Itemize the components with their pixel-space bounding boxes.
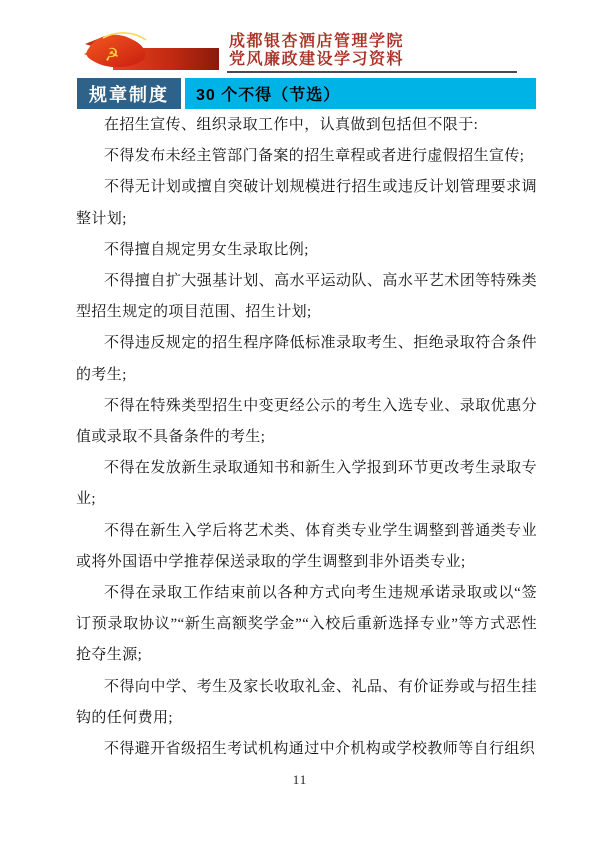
paragraph: 在招生宣传、组织录取工作中，认真做到包括但不限于: <box>76 110 537 141</box>
paragraph: 不得在特殊类型招生中变更经公示的考生入选专业、录取优惠分值或录取不具备条件的考生… <box>76 391 537 453</box>
header-titles: 成都银杏酒店管理学院 党风廉政建设学习资料 <box>229 33 404 69</box>
paragraph: 不得发布未经主管部门备案的招生章程或者进行虚假招生宣传; <box>76 141 537 172</box>
doc-title: 党风廉政建设学习资料 <box>229 51 404 69</box>
paragraph: 不得向中学、考生及家长收取礼金、礼品、有价证券或与招生挂钩的任何费用; <box>76 672 537 734</box>
document-body: 在招生宣传、组织录取工作中，认真做到包括但不限于: 不得发布未经主管部门备案的招… <box>76 110 537 765</box>
section-title: 30 个不得（节选） <box>196 82 340 105</box>
section-title-bar: 30 个不得（节选） <box>185 78 536 109</box>
paragraph: 不得在新生入学后将艺术类、体育类专业学生调整到普通类专业或将外国语中学推荐保送录… <box>76 516 537 578</box>
paragraph: 不得避开省级招生考试机构通过中介机构或学校教师等自行组织 <box>76 734 537 765</box>
paragraph: 不得在发放新生录取通知书和新生入学报到环节更改考生录取专业; <box>76 453 537 515</box>
header-divider <box>227 71 517 73</box>
party-flag-logo: ☭ <box>83 30 219 71</box>
section-label: 规章制度 <box>77 78 181 109</box>
paragraph: 不得擅自规定男女生录取比例; <box>76 235 537 266</box>
school-title: 成都银杏酒店管理学院 <box>229 33 404 51</box>
document-page: ☭ 成都银杏酒店管理学院 党风廉政建设学习资料 规章制度 30 个不得（节选） … <box>0 0 600 848</box>
section-header: 规章制度 30 个不得（节选） <box>77 78 536 109</box>
hammer-sickle-icon: ☭ <box>103 44 121 66</box>
paragraph: 不得违反规定的招生程序降低标准录取考生、拒绝录取符合条件的考生; <box>76 328 537 390</box>
page-number: 11 <box>0 772 600 788</box>
paragraph: 不得在录取工作结束前以各种方式向考生违规承诺录取或以“签订预录取协议”“新生高额… <box>76 578 537 672</box>
paragraph: 不得无计划或擅自突破计划规模进行招生或违反计划管理要求调整计划; <box>76 172 537 234</box>
paragraph: 不得擅自扩大强基计划、高水平运动队、高水平艺术团等特殊类型招生规定的项目范围、招… <box>76 266 537 328</box>
